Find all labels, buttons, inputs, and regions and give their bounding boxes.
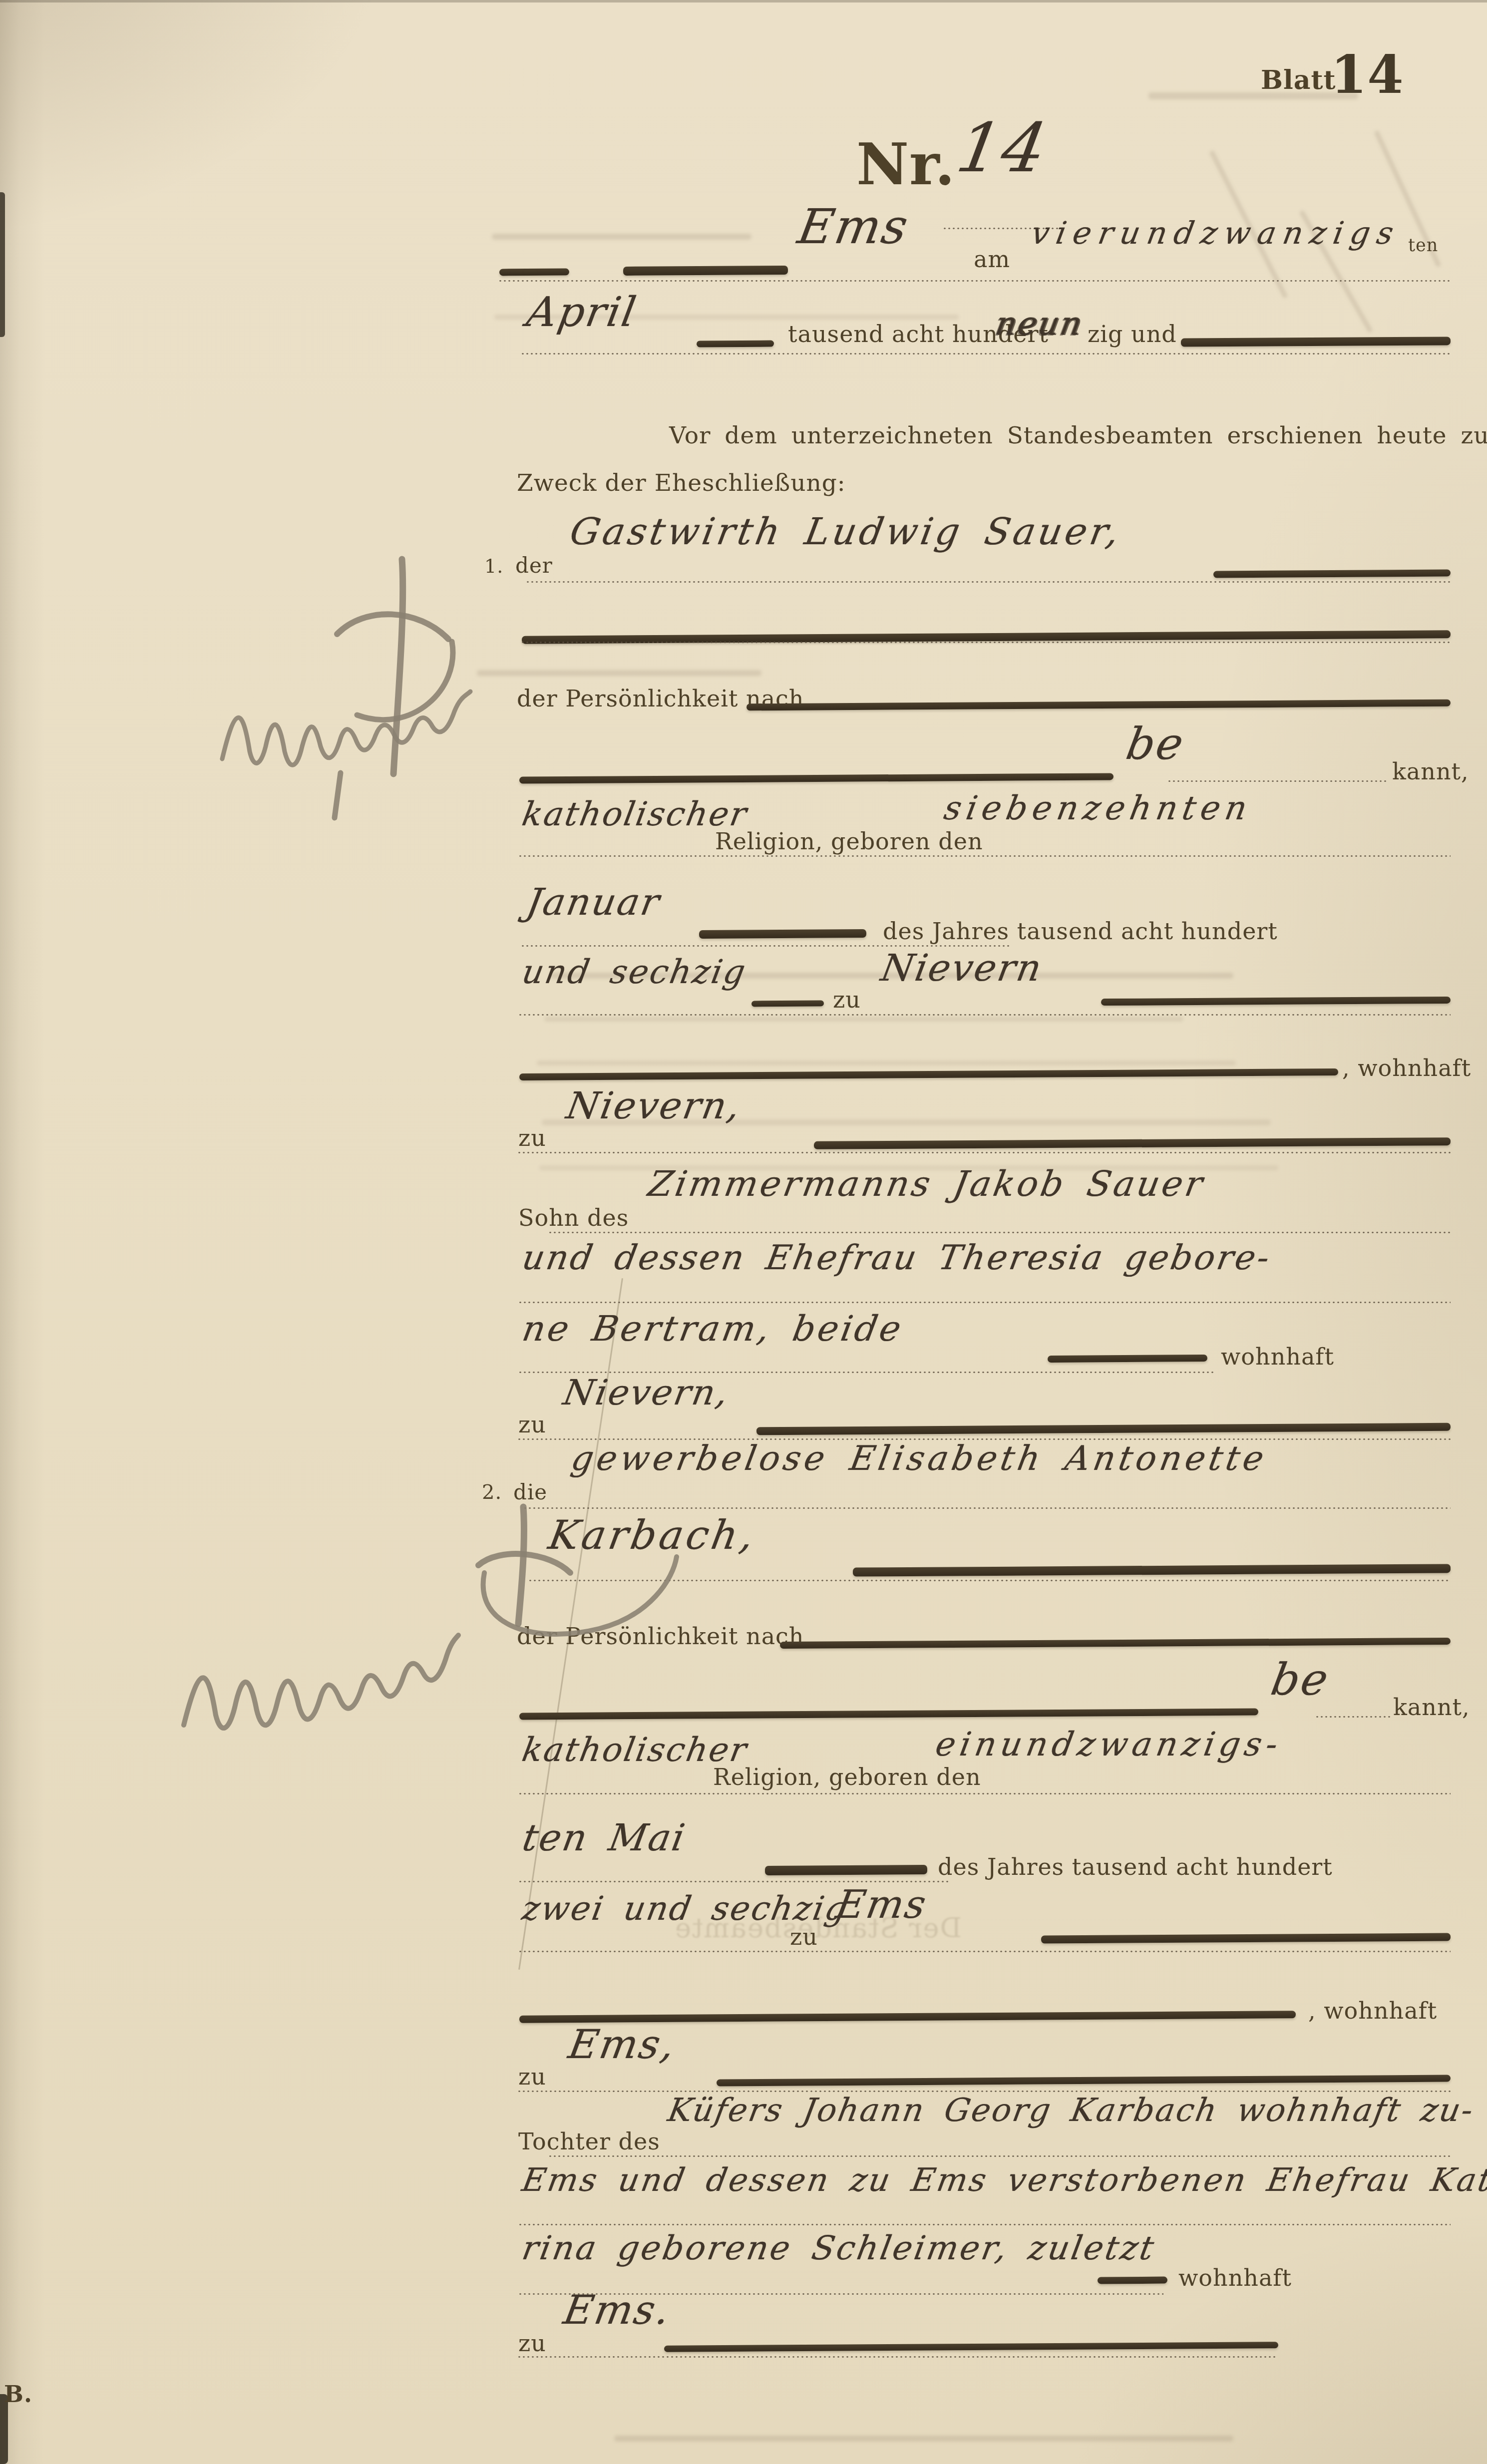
ink-strike	[519, 773, 1114, 783]
dotted-rule	[1316, 1716, 1391, 1718]
bride-be-value: be	[1267, 1654, 1334, 1705]
record-place-value: Ems	[794, 199, 913, 255]
bride-zu-label-3: zu	[518, 2330, 546, 2357]
bride-religion-label: Religion, geboren den	[713, 1763, 981, 1790]
dotted-rule	[519, 1792, 1451, 1795]
ink-strike	[814, 1137, 1451, 1149]
groom-item-number: 1.	[484, 555, 503, 577]
scan-edge-nick	[0, 192, 5, 337]
bride-name-value: gewerbelose Elisabeth Antonette	[568, 1439, 1270, 1478]
dotted-rule	[519, 1301, 1451, 1304]
ink-strike	[699, 929, 866, 939]
bleedthrough-streak	[537, 1060, 1236, 1065]
bride-birth-day-value: einundzwanzigs-	[933, 1725, 1285, 1763]
bleedthrough-streak	[544, 1017, 1183, 1022]
bride-zu-label-1: zu	[790, 1923, 818, 1950]
dotted-rule	[518, 2356, 1277, 2358]
ink-strike	[519, 1708, 1258, 1720]
bride-birth-day-value-2: ten Mai	[519, 1816, 689, 1859]
bride-des-jahres-label: des Jahres tausend acht hundert	[938, 1853, 1333, 1880]
pencil-scribble	[215, 677, 474, 771]
groom-birth-place-value: Nievern	[878, 947, 1046, 990]
groom-parents-line-3: ne Bertram, beide	[519, 1308, 907, 1349]
groom-des-jahres-label: des Jahres tausend acht hundert	[883, 918, 1278, 945]
ink-strike	[1048, 1355, 1207, 1363]
ink-strike	[717, 2075, 1451, 2087]
bride-wohnhaft-label-1: , wohnhaft	[1308, 1997, 1437, 2024]
ink-strike	[519, 1068, 1338, 1080]
groom-birth-day-value: siebenzehnten	[941, 789, 1255, 827]
dotted-rule	[522, 641, 1451, 644]
ink-strike	[1041, 1933, 1451, 1943]
dotted-rule	[518, 1151, 1451, 1154]
groom-wohnhaft-label-1: , wohnhaft	[1342, 1055, 1471, 1081]
groom-kannt-label: kannt,	[1392, 758, 1469, 785]
groom-zu-label-2: zu	[518, 1124, 546, 1151]
dotted-rule	[1168, 780, 1388, 782]
bride-birth-year-value: zwei und sechzig	[519, 1889, 851, 1928]
sheet-label: Blatt	[1261, 65, 1336, 95]
dotted-rule	[522, 352, 1451, 355]
ink-strike	[765, 1865, 927, 1875]
bride-birth-place-value: Ems	[833, 1882, 931, 1927]
ink-strike	[1098, 2277, 1167, 2284]
am-label: am	[974, 246, 1010, 273]
ten-suffix-label: ten	[1408, 236, 1438, 256]
document-page: Der Standesbeamte Blatt 14 Nr. 14 Ems am…	[0, 0, 1487, 2464]
ink-strike	[1213, 570, 1451, 578]
record-number-value: 14	[951, 109, 1054, 187]
groom-zu-label-1: zu	[833, 986, 861, 1013]
ink-strike	[697, 341, 774, 348]
groom-article-label: der	[515, 553, 553, 578]
groom-father-value: Zimmermanns Jakob Sauer	[645, 1163, 1208, 1204]
bride-parents-line-2: Ems und dessen zu Ems verstorbenen Ehefr…	[519, 2162, 1487, 2199]
ink-strike	[623, 266, 788, 276]
groom-zu-label-3: zu	[518, 1411, 546, 1438]
record-month-value: April	[523, 289, 641, 336]
groom-parents-line-2: und dessen Ehefrau Theresia gebore-	[519, 1238, 1274, 1278]
ink-strike	[499, 269, 569, 276]
dotted-rule	[549, 2155, 1451, 2157]
groom-parents-residence-value: Nievern,	[560, 1372, 733, 1413]
pencil-scribble	[175, 1613, 464, 1738]
intro-line-2: Zweck der Eheschließung:	[517, 469, 846, 497]
ink-strike	[746, 700, 1451, 711]
ink-strike	[664, 2342, 1278, 2352]
intro-line-1: Vor dem unterzeichneten Standesbeamten e…	[669, 422, 1487, 449]
groom-birth-month-value: Januar	[523, 881, 664, 924]
bride-tochter-des-label: Tochter des	[518, 2128, 660, 2155]
bride-residence-value: Ems,	[565, 2021, 680, 2068]
sheet-number: 14	[1331, 44, 1404, 105]
dotted-rule	[549, 1231, 1451, 1234]
ink-strike	[756, 1423, 1451, 1435]
groom-name-value: Gastwirth Ludwig Sauer,	[567, 510, 1125, 553]
record-decade-value: neun	[993, 306, 1086, 343]
groom-residence-value: Nievern,	[563, 1084, 745, 1127]
bride-father-value: Küfers Johann Georg Karbach wohnhaft zu-	[665, 2092, 1477, 2129]
groom-wohnhaft-label-2: wohnhaft	[1221, 1343, 1334, 1370]
record-number-label: Nr.	[856, 131, 955, 198]
dotted-rule	[527, 581, 1451, 583]
bride-parents-line-3: rina geborene Schleimer, zuletzt	[519, 2229, 1159, 2267]
bride-wohnhaft-label-2: wohnhaft	[1178, 2264, 1292, 2291]
groom-birth-year-value: und sechzig	[519, 953, 749, 991]
bride-parents-residence-value: Ems.	[560, 2287, 675, 2333]
ink-strike	[751, 1001, 824, 1007]
ink-strike	[853, 1564, 1451, 1576]
dotted-rule	[519, 1950, 1451, 1953]
zig-und-label: zig und	[1088, 321, 1177, 348]
bottom-left-mark: B.	[4, 2381, 32, 2408]
dotted-rule	[519, 855, 1451, 857]
bleedthrough-streak	[614, 2436, 1233, 2442]
groom-be-value: be	[1122, 718, 1189, 769]
bleedthrough-streak	[492, 234, 751, 240]
groom-religion-label: Religion, geboren den	[715, 828, 983, 855]
bride-zu-label-2: zu	[518, 2063, 546, 2090]
ink-strike	[1101, 997, 1451, 1006]
dotted-rule	[519, 1014, 1451, 1016]
dotted-rule	[499, 280, 1451, 282]
scan-edge-top	[0, 0, 1487, 2]
ink-strike	[780, 1638, 1451, 1649]
record-day-value: vierundzwanzigs	[1029, 215, 1403, 251]
dotted-rule	[519, 2223, 1451, 2226]
bride-kannt-label: kannt,	[1393, 1694, 1470, 1721]
bleedthrough-streak	[477, 670, 761, 676]
ink-strike	[1181, 337, 1451, 347]
groom-sohn-des-label: Sohn des	[518, 1204, 629, 1231]
